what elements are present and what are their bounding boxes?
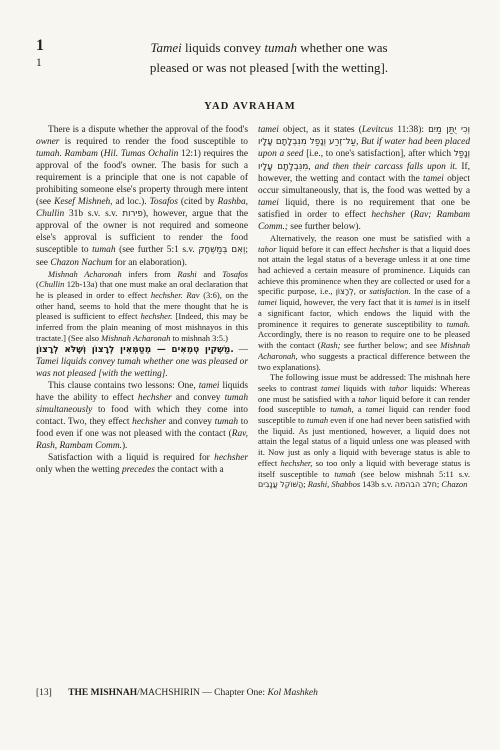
paragraph-hebrew-lead: מַשְׁקִין טְמֵאִים — מְטַמְּאִין לְרָצוֹ… bbox=[36, 344, 248, 381]
page-footer: [13] THE MISHNAH/MACHSHIRIN — Chapter On… bbox=[36, 688, 470, 698]
translation-line-1: Tamei liquids convey tumah whether one w… bbox=[72, 38, 466, 58]
page-number: [13] bbox=[36, 688, 52, 698]
left-column: There is a dispute whether the approval … bbox=[36, 124, 248, 680]
commentary-columns: There is a dispute whether the approval … bbox=[36, 124, 470, 680]
translation-line-2: pleased or was not pleased [with the wet… bbox=[72, 58, 466, 78]
right-column: tamei object, as it states (Levitcus 11:… bbox=[258, 124, 470, 680]
mishnah-number: 1 bbox=[36, 56, 66, 70]
mishnah-header: 1 1 Tamei liquids convey tumah whether o… bbox=[36, 38, 470, 77]
book-page: 1 1 Tamei liquids convey tumah whether o… bbox=[0, 0, 500, 750]
chapter-mishnah-numbers: 1 1 bbox=[36, 38, 66, 70]
section-title: YAD AVRAHAM bbox=[0, 101, 500, 112]
paragraph: Mishnah Acharonah infers from Rashi and … bbox=[36, 269, 248, 344]
paragraph: tamei object, as it states (Levitcus 11:… bbox=[258, 124, 470, 233]
paragraph: There is a dispute whether the approval … bbox=[36, 124, 248, 269]
paragraph: Alternatively, the reason one must be sa… bbox=[258, 233, 470, 372]
mishnah-translation: Tamei liquids convey tumah whether one w… bbox=[72, 38, 466, 77]
paragraph: This clause contains two lessons: One, t… bbox=[36, 380, 248, 452]
paragraph: The following issue must be addressed: T… bbox=[258, 372, 470, 490]
footer-title: THE MISHNAH/MACHSHIRIN — Chapter One: Ko… bbox=[68, 688, 318, 698]
paragraph: Satisfaction with a liquid is required f… bbox=[36, 452, 248, 476]
chapter-number: 1 bbox=[36, 38, 66, 54]
